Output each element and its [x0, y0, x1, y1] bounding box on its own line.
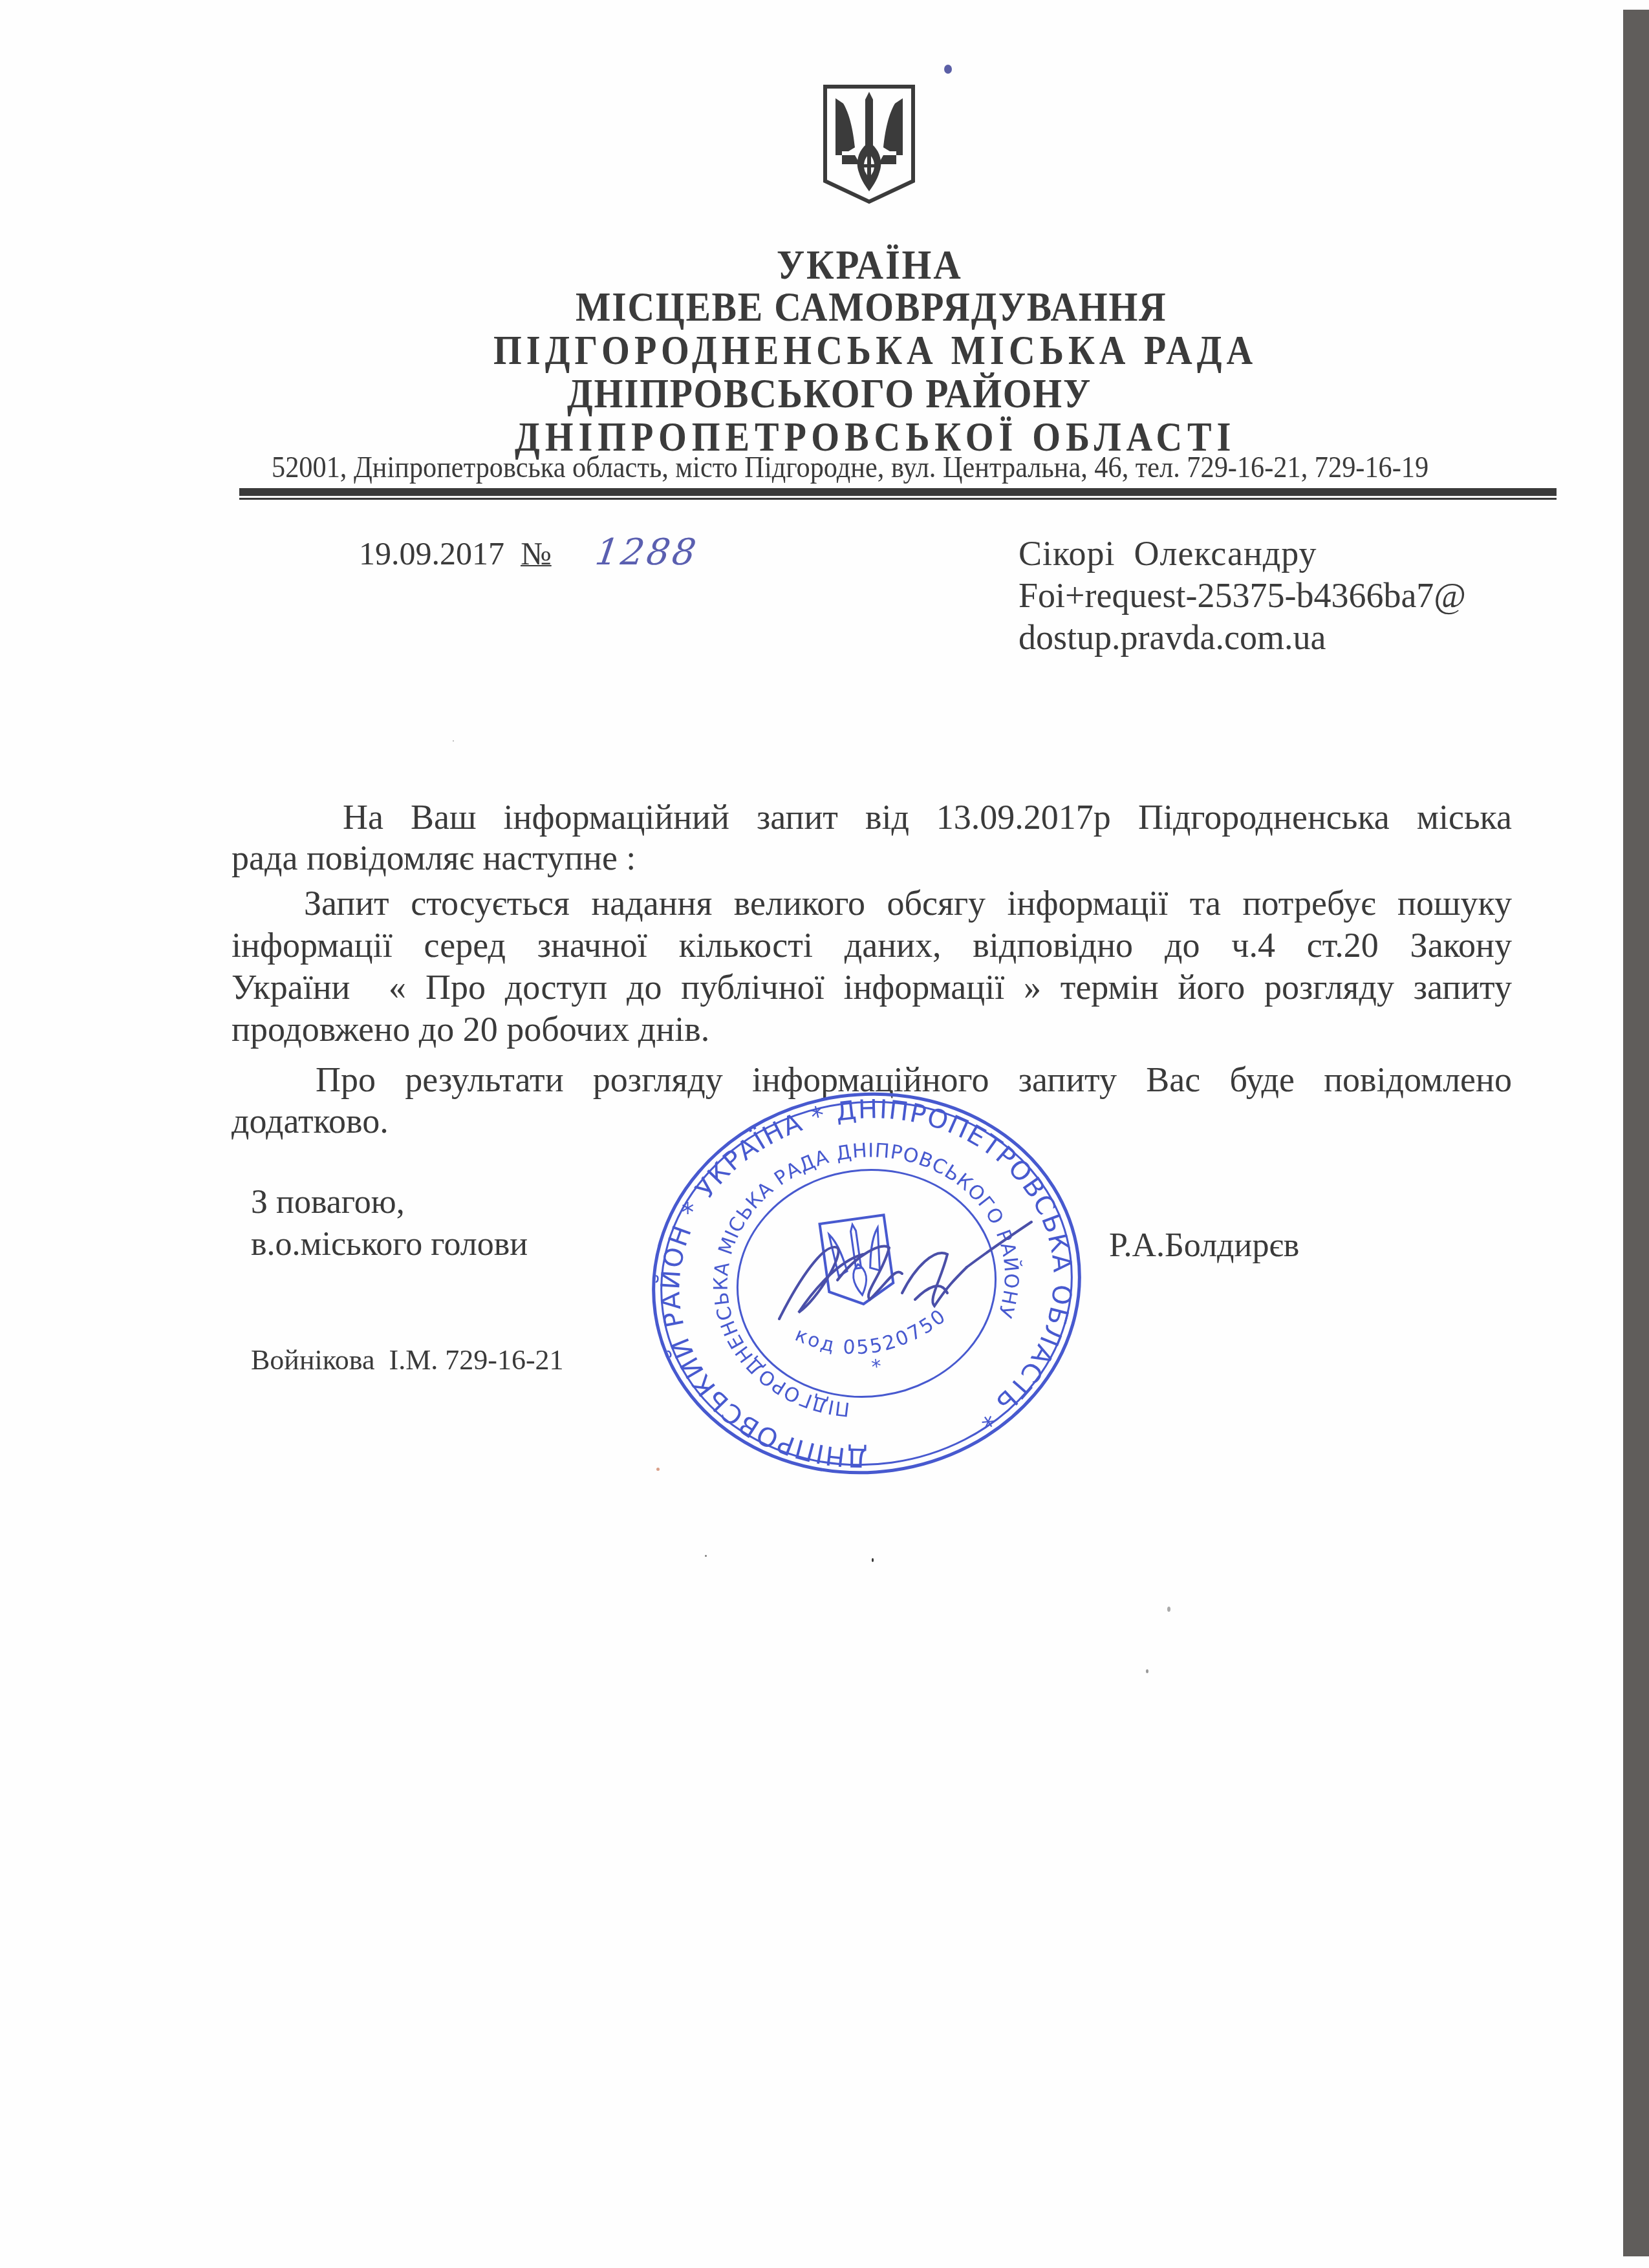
signatory-position: в.о.міського голови [251, 1225, 528, 1263]
letterhead-council-name: ПІДГОРОДНЕНСЬКА МІСЬКА РАДА [493, 330, 1257, 371]
body-line: продовжено до 20 робочих днів. [232, 1012, 1512, 1047]
scan-speck [453, 740, 454, 742]
scan-speck [1146, 1669, 1148, 1673]
document-page: УКРАЇНА МІСЦЕВЕ САМОВРЯДУВАННЯ ПІДГОРОДН… [0, 0, 1649, 2268]
scan-speck [705, 1555, 707, 1557]
number-label: № [521, 535, 552, 572]
scan-edge-strip [1623, 10, 1649, 2256]
body-line: інформації серед значної кількості даних… [232, 928, 1512, 963]
handwritten-document-number: 1288 [592, 531, 701, 573]
letterhead-rule-thick [239, 488, 1557, 496]
ukraine-coat-of-arms-icon [823, 84, 916, 204]
letterhead-address: 52001, Дніпропетровська область, місто П… [272, 453, 1428, 482]
letterhead-self-government: МІСЦЕВЕ САМОВРЯДУВАННЯ [576, 286, 1167, 328]
official-stamp: ДНІПРОВСЬКИЙ РАЙОН * УКРАЇНА * ДНІПРОПЕТ… [643, 1086, 1090, 1481]
scan-speck [656, 1468, 660, 1471]
document-date-line: 19.09.2017 № [359, 535, 552, 572]
closing-regards: З повагою, [251, 1183, 405, 1221]
body-line: України « Про доступ до публічної інформ… [232, 970, 1512, 1005]
recipient-email-line-1: Foi+request-25375-b4366ba7@ [1018, 575, 1466, 615]
recipient-name: Сікорі Олександру [1018, 533, 1317, 573]
letterhead-country: УКРАЇНА [777, 244, 962, 286]
recipient-email-line-2: dostup.pravda.com.ua [1018, 617, 1326, 658]
body-line: рада повідомляє наступне : [232, 840, 1512, 875]
letterhead-rule-thin [239, 498, 1557, 500]
letterhead-district: ДНІПРОВСЬКОГО РАЙОНУ [567, 373, 1092, 414]
scan-speck [1167, 1607, 1170, 1612]
executor-contact: Войнікова І.М. 729-16-21 [251, 1343, 564, 1376]
ink-dot [944, 65, 952, 74]
body-line: Запит стосується надання великого обсягу… [304, 886, 1512, 921]
document-date: 19.09.2017 [359, 535, 504, 572]
body-line: На Ваш інформаційний запит від 13.09.201… [343, 800, 1512, 835]
stamp-star: * [870, 1355, 883, 1379]
signatory-name: Р.А.Болдирєв [1109, 1226, 1299, 1265]
scan-speck [872, 1558, 874, 1562]
